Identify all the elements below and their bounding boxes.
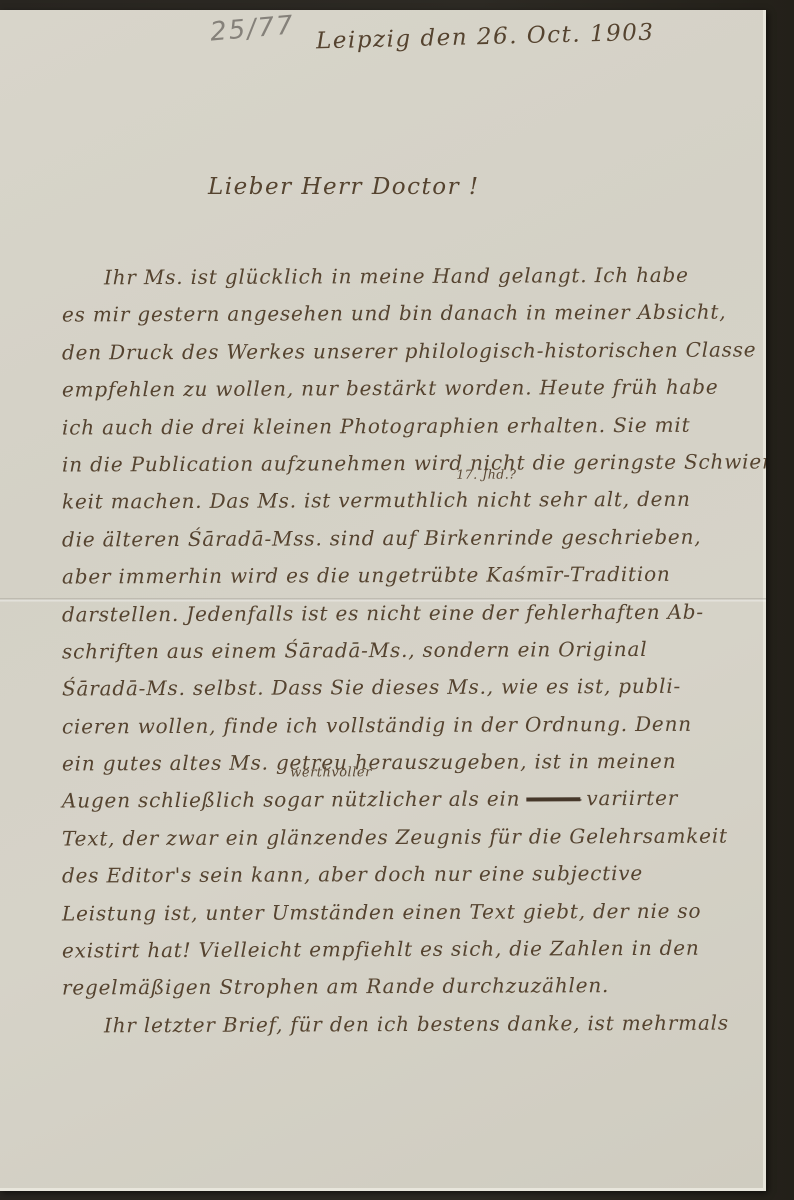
letter-line: existirt hat! Vielleicht empfiehlt es si… xyxy=(62,930,754,970)
letter-line: Text, der zwar ein glänzendes Zeugnis fü… xyxy=(62,817,754,857)
archival-number: 25/77 xyxy=(209,10,296,47)
struck-word: ——— xyxy=(526,787,580,811)
age-annotation: 17. Jhd.? xyxy=(456,469,516,481)
letter-line-text: Augen schließlich sogar nützlicher als e… xyxy=(62,787,520,813)
letter-line: Ihr letzter Brief, für den ich bestens d… xyxy=(62,1004,754,1044)
letter-line: empfehlen zu wollen, nur bestärkt worden… xyxy=(62,369,754,409)
letter-line: den Druck des Werkes unserer philologisc… xyxy=(62,331,754,371)
letter-line-with-note: 17. Jhd.? keit machen. Das Ms. ist vermu… xyxy=(62,481,754,521)
letter-page: 25/77 Leipzig den 26. Oct. 1903 Lieber H… xyxy=(0,10,766,1191)
letter-line: Leistung ist, unter Umständen einen Text… xyxy=(62,892,754,932)
letter-line: es mir gestern angesehen und bin danach … xyxy=(62,294,754,334)
letter-line: cieren wollen, finde ich vollständig in … xyxy=(62,705,754,745)
letter-line: Ihr Ms. ist glücklich in meine Hand gela… xyxy=(62,256,754,296)
dateline: Leipzig den 26. Oct. 1903 xyxy=(316,20,655,55)
letter-line: regelmäßigen Strophen am Rande durchzuzä… xyxy=(62,967,754,1007)
letter-line-with-correction: werthvoller Augen schließlich sogar nütz… xyxy=(62,780,754,820)
letter-line: in die Publication aufzunehmen wird nich… xyxy=(62,443,754,483)
letter-line-text: variirter xyxy=(586,786,678,810)
letter-line: des Editor's sein kann, aber doch nur ei… xyxy=(62,855,754,895)
letter-line: ich auch die drei kleinen Photographien … xyxy=(62,406,754,446)
letter-line: die älteren Śāradā-Mss. sind auf Birkenr… xyxy=(62,518,754,558)
salutation: Lieber Herr Doctor ! xyxy=(208,174,480,200)
letter-line: ein gutes altes Ms. getreu herauszugeben… xyxy=(62,743,754,783)
letter-line: Śāradā-Ms. selbst. Dass Sie dieses Ms., … xyxy=(62,668,754,708)
letter-line: aber immerhin wird es die ungetrübte Kaś… xyxy=(62,556,754,596)
inserted-word: werthvoller xyxy=(290,768,372,780)
fold-crease xyxy=(0,598,766,602)
letter-scan: 25/77 Leipzig den 26. Oct. 1903 Lieber H… xyxy=(0,0,794,1200)
letter-body: Ihr Ms. ist glücklich in meine Hand gela… xyxy=(62,258,754,1043)
letter-line-text: keit machen. Das Ms. ist vermuthlich nic… xyxy=(62,487,691,514)
letter-line: schriften aus einem Śāradā-Ms., sondern … xyxy=(62,630,754,670)
